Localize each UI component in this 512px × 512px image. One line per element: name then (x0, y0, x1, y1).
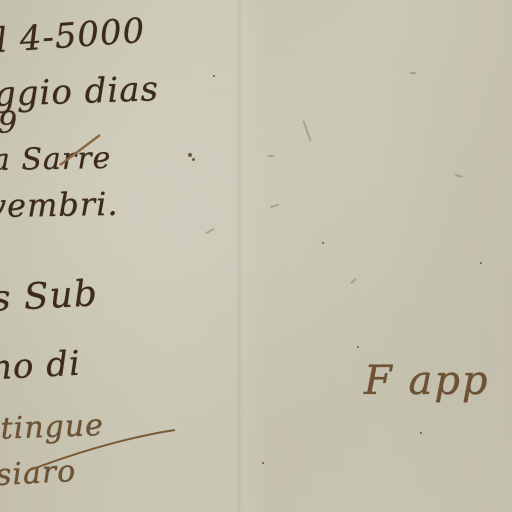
manuscript-page: l 4-5000 ggio dias 9 a Sarre vembri. s S… (0, 0, 512, 512)
pen-flourish (0, 0, 512, 512)
annotation-signature: F app (364, 358, 490, 404)
